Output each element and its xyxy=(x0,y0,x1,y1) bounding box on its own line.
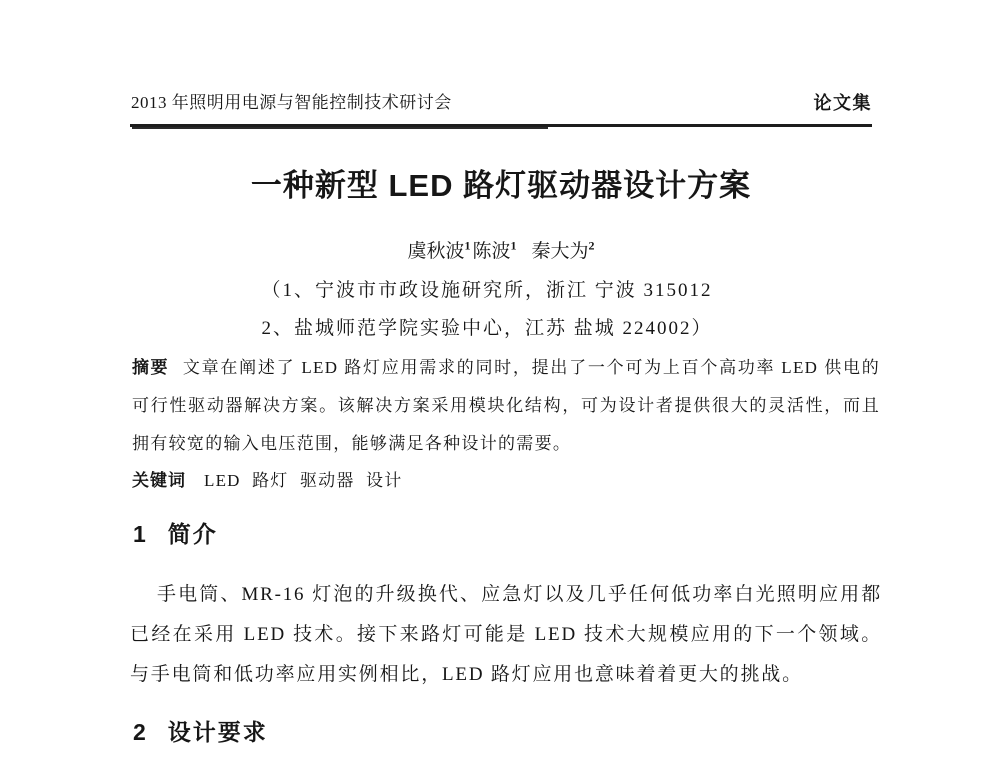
authors-line: 虞秋波1陈波1秦大为2 xyxy=(130,231,872,267)
abstract-text: 文章在阐述了 LED 路灯应用需求的同时，提出了一个可为上百个高功率 LED 供… xyxy=(132,358,880,453)
header-rule xyxy=(130,124,872,127)
section-title: 设计要求 xyxy=(168,719,268,745)
section-title: 简介 xyxy=(168,521,218,547)
author-name: 陈波1 xyxy=(472,241,516,262)
author-affiliation-marker: 1 xyxy=(511,239,517,253)
affiliation-line: （1、宁波市市政设施研究所，浙江 宁波 315012 xyxy=(116,272,858,310)
abstract-label: 摘要 xyxy=(132,358,169,377)
author-name-text: 陈波 xyxy=(472,241,510,262)
author-name-text: 虞秋波 xyxy=(407,241,464,262)
affiliations: （1、宁波市市政设施研究所，浙江 宁波 315012 2、盐城师范学院实验中心，… xyxy=(116,272,858,347)
keywords-line: 关键词LED 路灯 驱动器 设计 xyxy=(132,462,880,500)
paper-title: 一种新型 LED 路灯驱动器设计方案 xyxy=(130,163,872,209)
section-number: 2 xyxy=(133,715,146,749)
author-name: 秦大为2 xyxy=(532,241,595,262)
paper-page: 2013 年照明用电源与智能控制技术研讨会 论文集 一种新型 LED 路灯驱动器… xyxy=(0,0,1000,764)
keywords-label: 关键词 xyxy=(132,471,186,490)
abstract-paragraph: 摘要文章在阐述了 LED 路灯应用需求的同时，提出了一个可为上百个高功率 LED… xyxy=(132,349,880,463)
author-name: 虞秋波1 xyxy=(407,241,470,262)
affiliation-line: 2、盐城师范学院实验中心，江苏 盐城 224002） xyxy=(116,310,858,348)
conference-name: 2013 年照明用电源与智能控制技术研讨会 xyxy=(131,90,452,116)
page-header: 2013 年照明用电源与智能控制技术研讨会 论文集 xyxy=(131,90,872,116)
section-number: 1 xyxy=(133,517,146,551)
author-affiliation-marker: 2 xyxy=(589,239,595,253)
author-affiliation-marker: 1 xyxy=(464,239,470,253)
proceedings-label: 论文集 xyxy=(814,90,873,116)
keywords-text: LED 路灯 驱动器 设计 xyxy=(204,471,402,490)
author-name-text: 秦大为 xyxy=(532,241,589,262)
section-heading-2: 2设计要求 xyxy=(133,715,268,749)
section-1-paragraph: 手电筒、MR-16 灯泡的升级换代、应急灯以及几乎任何低功率白光照明应用都已经在… xyxy=(130,575,882,695)
section-heading-1: 1简介 xyxy=(133,517,218,551)
